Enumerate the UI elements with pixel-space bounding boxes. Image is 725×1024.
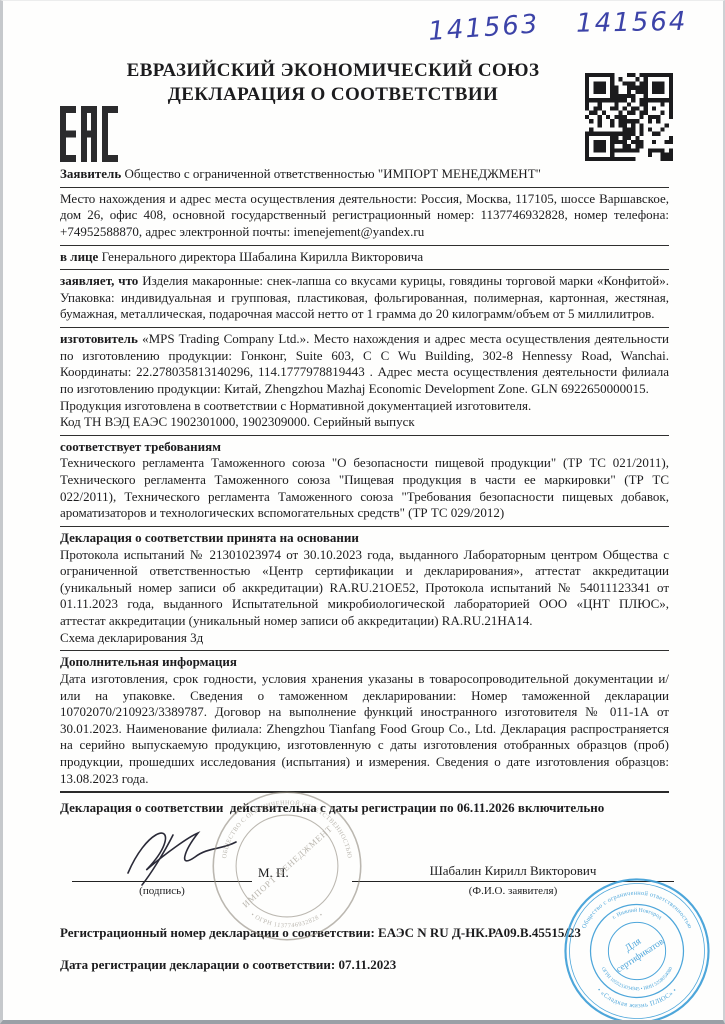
- company-stamp-ring-bottom: • ОГРН 1137746932828 •: [249, 911, 324, 929]
- applicant-value: Общество с ограниченной ответственностью…: [124, 166, 540, 181]
- normative-text: Продукция изготовлена в соответствии с Н…: [60, 398, 669, 415]
- declares-row: заявляет, что Изделия макаронные: снек-л…: [60, 270, 669, 328]
- scheme-text: Схема декларирования 3д: [60, 630, 669, 647]
- company-stamp: ОБЩЕСТВО С ОГРАНИЧЕННОЙ ОТВЕТСТВЕННОСТЬЮ…: [208, 787, 366, 945]
- complies-text: Технического регламента Таможенного союз…: [60, 455, 669, 522]
- qr-code: [585, 71, 673, 163]
- declaration-document: 141563 141564 ЕВРАЗИЙСКИЙ ЭКОНОМИЧЕСКИЙ …: [0, 0, 725, 1024]
- cert-stamp-ring-inner-top: г. Нижний Новгород: [611, 907, 662, 921]
- additional-section: Дополнительная информация Дата изготовле…: [60, 651, 669, 793]
- svg-text:г. Нижний Новгород: г. Нижний Новгород: [611, 907, 662, 921]
- additional-heading: Дополнительная информация: [60, 654, 669, 671]
- basis-section: Декларация о соответствии принята на осн…: [60, 527, 669, 651]
- svg-text:• ОГРН 1137746932828 •: • ОГРН 1137746932828 •: [249, 911, 324, 929]
- manufacturer-value: «MPS Trading Company Ltd.». Место нахожд…: [60, 331, 669, 396]
- handwritten-number-1: 141563: [427, 9, 540, 47]
- additional-text: Дата изготовления, срок годности, услови…: [60, 671, 669, 787]
- basis-text: Протокола испытаний № 21301023974 от 30.…: [60, 547, 669, 630]
- manufacturer-row: изготовитель «MPS Trading Company Ltd.».…: [60, 328, 669, 436]
- title-line1: ЕВРАЗИЙСКИЙ ЭКОНОМИЧЕСКИЙ СОЮЗ: [3, 59, 663, 83]
- applicant-row: Заявитель Общество с ограниченной ответс…: [60, 163, 669, 188]
- basis-heading: Декларация о соответствии принята на осн…: [60, 530, 669, 547]
- tnved-text: Код ТН ВЭД ЕАЭС 1902301000, 1902309000. …: [60, 414, 669, 431]
- in-person-value: Генерального директора Шабалина Кирилла …: [102, 249, 424, 264]
- complies-heading: соответствует требованиям: [60, 439, 669, 456]
- page-title: ЕВРАЗИЙСКИЙ ЭКОНОМИЧЕСКИЙ СОЮЗ ДЕКЛАРАЦИ…: [3, 59, 663, 107]
- document-header: 141563 141564 ЕВРАЗИЙСКИЙ ЭКОНОМИЧЕСКИЙ …: [3, 1, 723, 163]
- eac-mark-icon: [60, 105, 118, 163]
- certification-stamp: Общество с ограниченной ответственностью…: [561, 875, 713, 1024]
- handwritten-numbers: 141563 141564: [427, 0, 687, 49]
- complies-section: соответствует требованиям Технического р…: [60, 436, 669, 527]
- signature-caption: (подпись): [102, 884, 222, 898]
- manufacturer-label: изготовитель: [60, 331, 138, 346]
- handwritten-number-2: 141564: [575, 6, 687, 41]
- company-stamp-center: ИМПОРТ МЕНЕДЖМЕНТ: [240, 823, 334, 909]
- address-row: Место нахождения и адрес места осуществл…: [60, 188, 669, 246]
- title-line2: ДЕКЛАРАЦИЯ О СООТВЕТСТВИИ: [3, 83, 663, 107]
- declares-label: заявляет, что: [60, 273, 138, 288]
- applicant-label: Заявитель: [60, 166, 121, 181]
- address-text: Место нахождения и адрес места осуществл…: [60, 191, 669, 241]
- in-person-row: в лице Генерального директора Шабалина К…: [60, 246, 669, 271]
- declares-value: Изделия макаронные: снек-лапша со вкусам…: [60, 273, 669, 321]
- in-person-label: в лице: [60, 249, 98, 264]
